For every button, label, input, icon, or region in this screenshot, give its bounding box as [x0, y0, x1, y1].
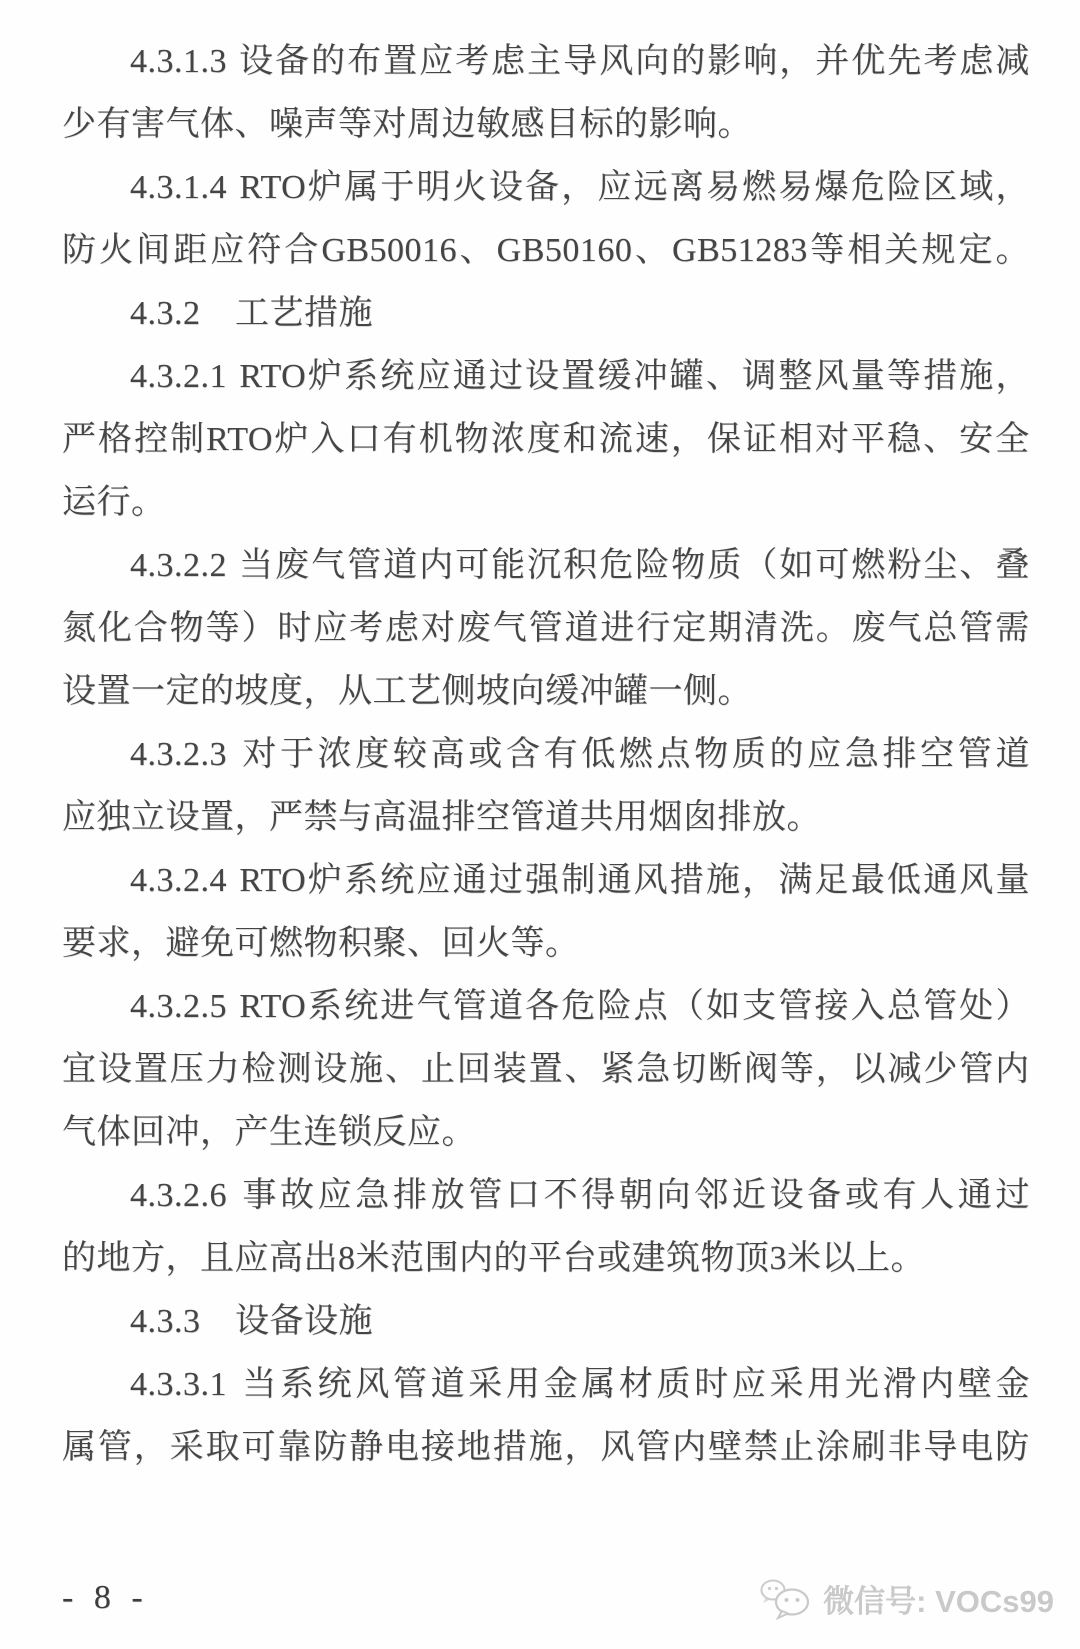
wechat-icon	[759, 1575, 813, 1621]
text-line: 4.3.2.5 RTO系统进气管道各危险点（如支管接入总管处）	[62, 975, 1030, 1038]
text-line: 宜设置压力检测设施、止回装置、紧急切断阀等，以减少管内	[62, 1038, 1030, 1101]
text-line: 4.3.2.1 RTO炉系统应通过设置缓冲罐、调整风量等措施，	[62, 345, 1030, 408]
text-line: 运行。	[62, 471, 1030, 534]
page-footer: - 8 - 微信号: VOCs99	[62, 1562, 1054, 1634]
text-line: 4.3.3.1 当系统风管道采用金属材质时应采用光滑内壁金	[62, 1353, 1030, 1416]
text-line: 应独立设置，严禁与高温排空管道共用烟囱排放。	[62, 786, 1030, 849]
document-body: 4.3.1.3 设备的布置应考虑主导风向的影响，并优先考虑减少有害气体、噪声等对…	[0, 0, 1080, 1479]
text-line: 4.3.2.6 事故应急排放管口不得朝向邻近设备或有人通过	[62, 1164, 1030, 1227]
text-line: 4.3.3 设备设施	[62, 1290, 1030, 1353]
text-line: 的地方，且应高出8米范围内的平台或建筑物顶3米以上。	[62, 1227, 1030, 1290]
text-line: 氮化合物等）时应考虑对废气管道进行定期清洗。废气总管需	[62, 597, 1030, 660]
document-page: 4.3.1.3 设备的布置应考虑主导风向的影响，并优先考虑减少有害气体、噪声等对…	[0, 0, 1080, 1479]
text-line: 少有害气体、噪声等对周边敏感目标的影响。	[62, 93, 1030, 156]
text-line: 气体回冲，产生连锁反应。	[62, 1101, 1030, 1164]
text-line: 设置一定的坡度，从工艺侧坡向缓冲罐一侧。	[62, 660, 1030, 723]
watermark-text: 微信号: VOCs99	[823, 1576, 1054, 1621]
text-line: 4.3.2.4 RTO炉系统应通过强制通风措施，满足最低通风量	[62, 849, 1030, 912]
text-line: 4.3.2 工艺措施	[62, 282, 1030, 345]
text-line: 4.3.2.3 对于浓度较高或含有低燃点物质的应急排空管道	[62, 723, 1030, 786]
text-line: 4.3.1.3 设备的布置应考虑主导风向的影响，并优先考虑减	[62, 30, 1030, 93]
text-line: 属管，采取可靠防静电接地措施，风管内壁禁止涂刷非导电防	[62, 1416, 1030, 1479]
text-line: 4.3.1.4 RTO炉属于明火设备，应远离易燃易爆危险区域，	[62, 156, 1030, 219]
watermark: 微信号: VOCs99	[759, 1575, 1054, 1621]
page-number: - 8 -	[62, 1579, 149, 1617]
text-line: 要求，避免可燃物积聚、回火等。	[62, 912, 1030, 975]
text-line: 4.3.2.2 当废气管道内可能沉积危险物质（如可燃粉尘、叠	[62, 534, 1030, 597]
text-line: 严格控制RTO炉入口有机物浓度和流速，保证相对平稳、安全	[62, 408, 1030, 471]
text-line: 防火间距应符合GB50016、GB50160、GB51283等相关规定。	[62, 219, 1030, 282]
